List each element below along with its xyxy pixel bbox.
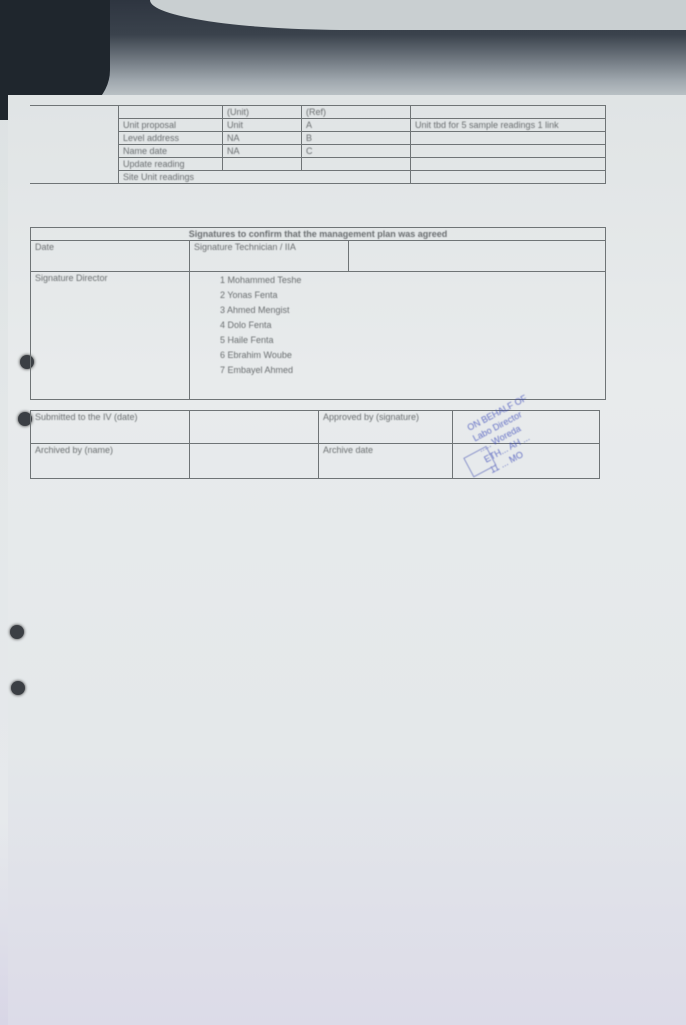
list-item: 3 Ahmed Mengist: [220, 303, 601, 318]
list-item: 4 Dolo Fenta: [220, 318, 601, 333]
signature-table: Signatures to confirm that the managemen…: [30, 227, 606, 400]
section-title: Signatures to confirm that the managemen…: [31, 228, 606, 241]
list-item: 6 Ebrahim Woube: [220, 348, 601, 363]
list-item: 7 Embayel Ahmed: [220, 363, 601, 378]
punch-hole: [10, 625, 24, 639]
punch-hole: [11, 681, 25, 695]
top-table: (Unit) (Ref) Unit proposal Unit A Unit t…: [30, 105, 606, 184]
paper-page: (Unit) (Ref) Unit proposal Unit A Unit t…: [8, 95, 686, 1025]
list-item: 1 Mohammed Teshe: [220, 273, 601, 288]
list-item: 5 Haile Fenta: [220, 333, 601, 348]
list-item: 2 Yonas Fenta: [220, 288, 601, 303]
